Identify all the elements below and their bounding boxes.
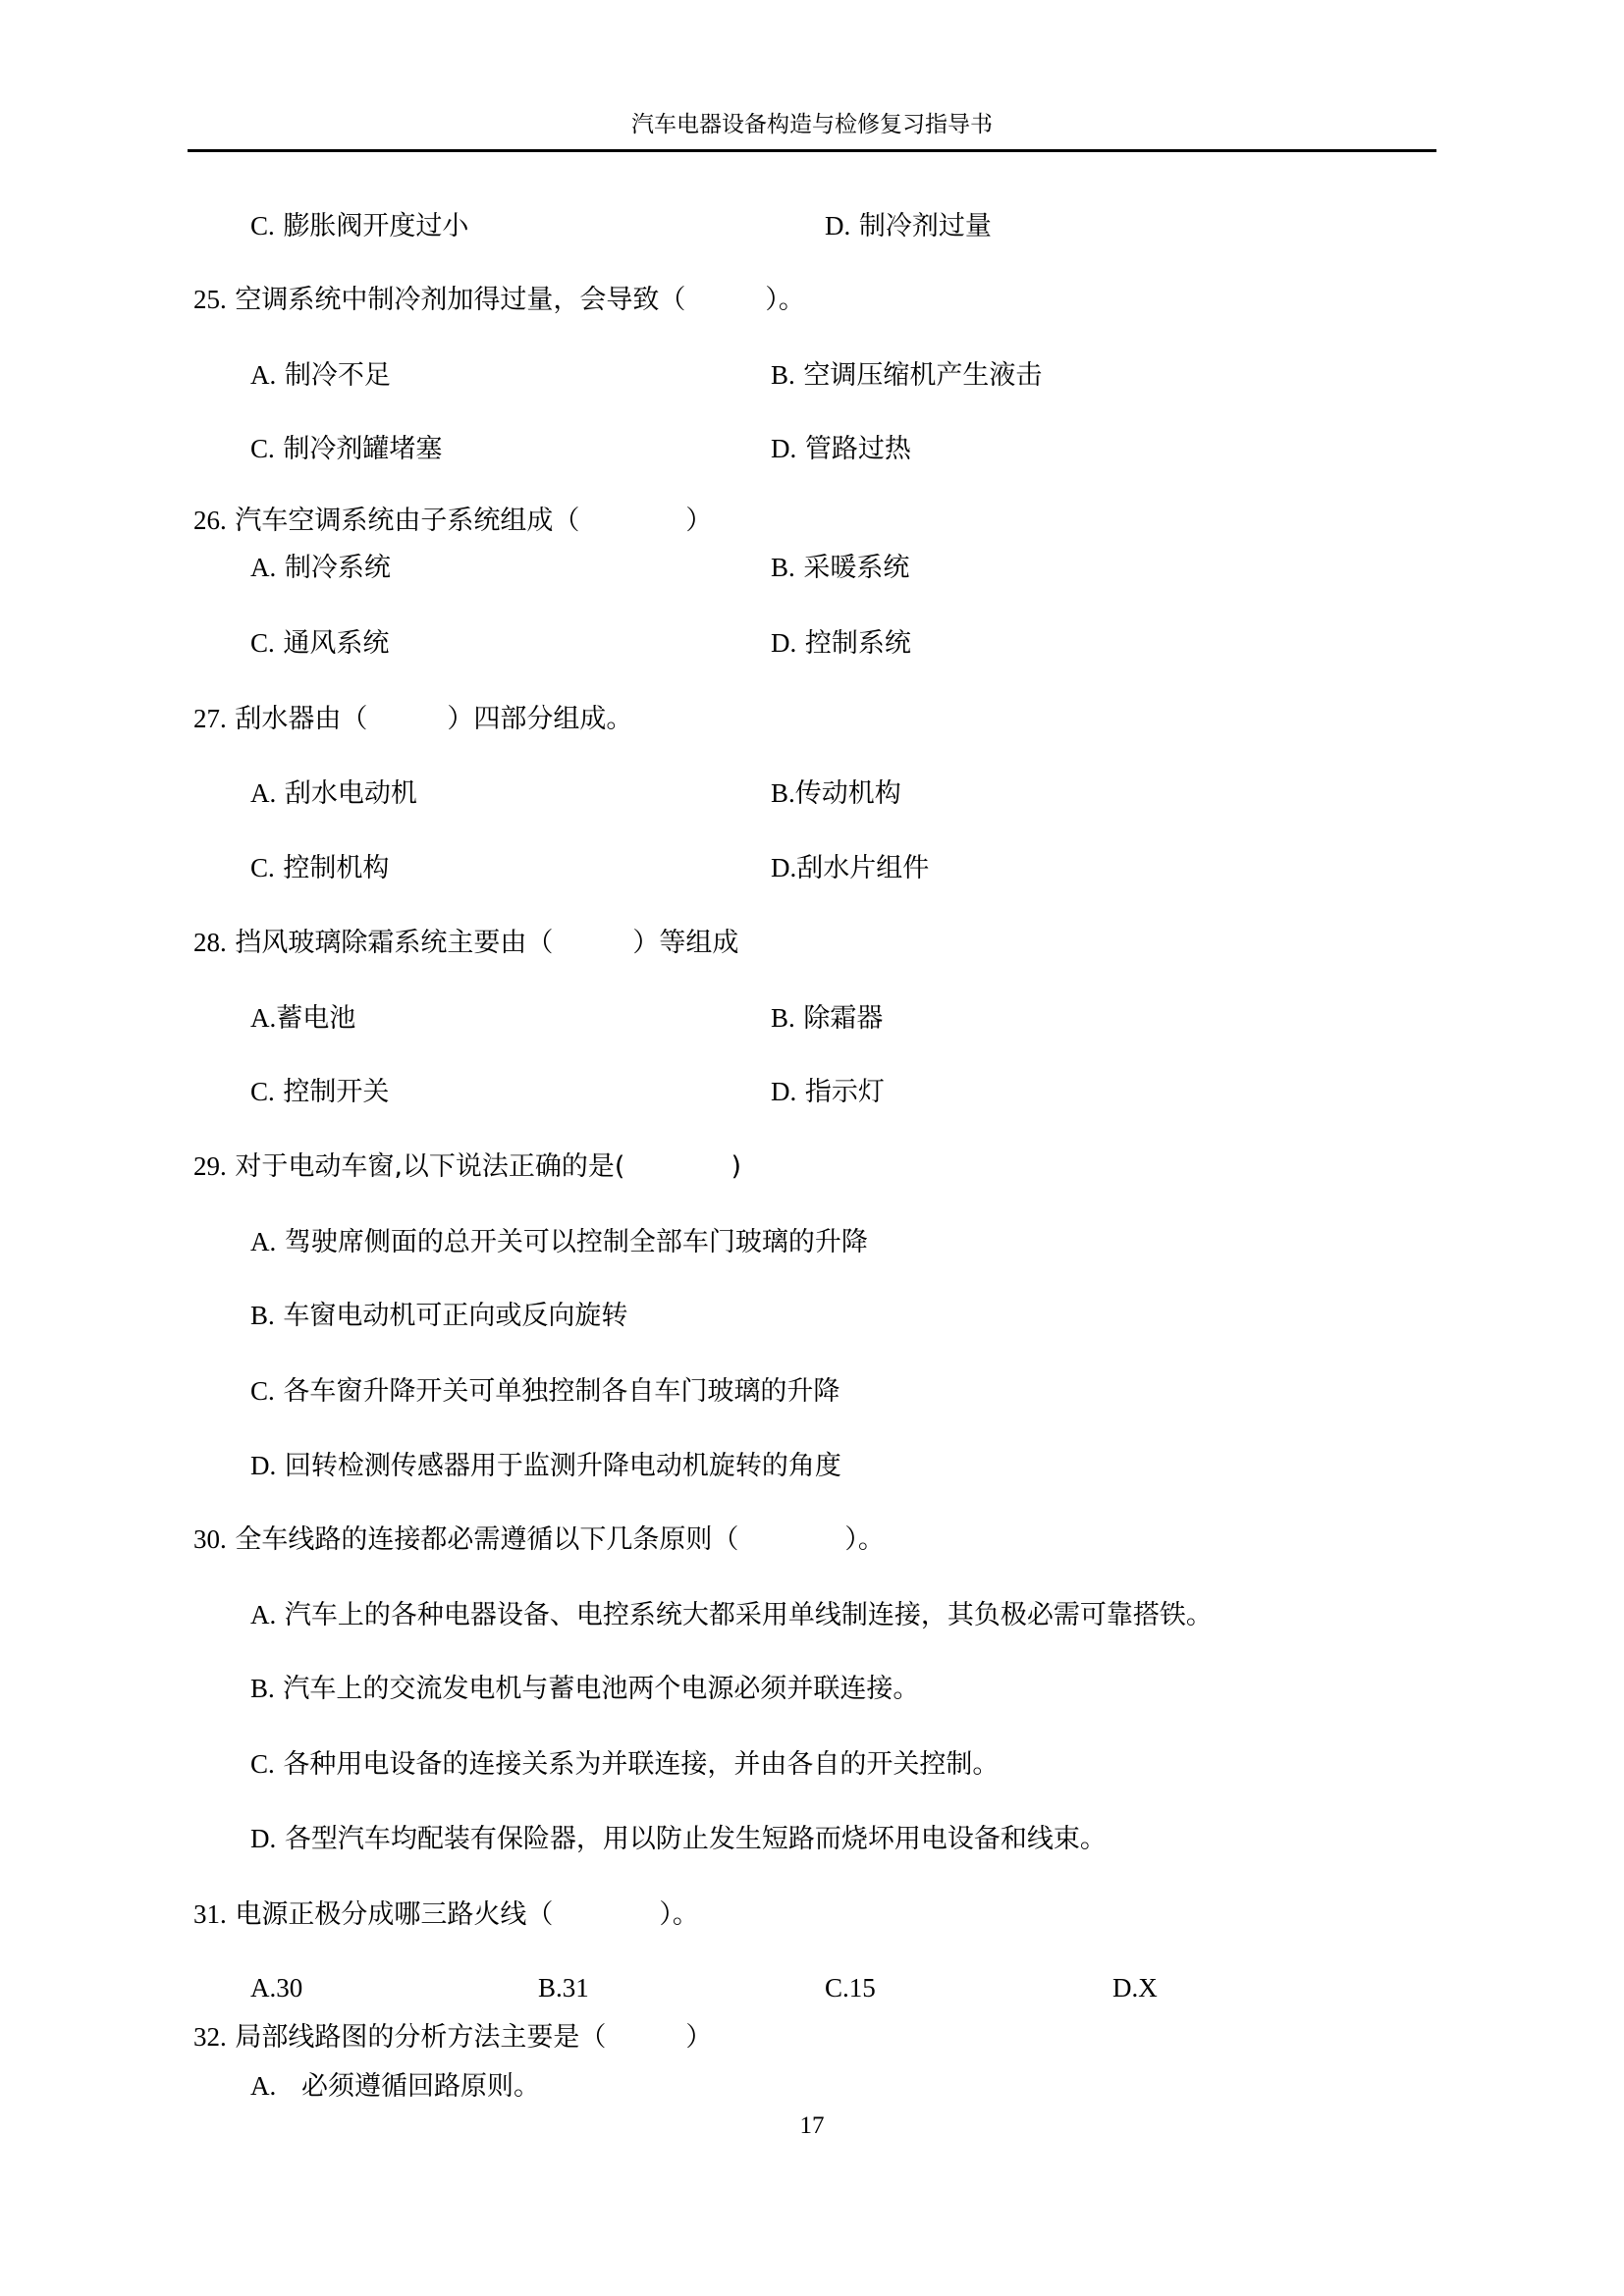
question-text: 局部线路图的分析方法主要是（ ） — [235, 2022, 712, 2053]
q30-option-c: C. 各种用电设备的连接关系为并联连接，并由各自的开关控制。 — [250, 1746, 999, 1783]
question-text: 全车线路的连接都必需遵循以下几条原则（ ）。 — [235, 1524, 885, 1555]
q27-option-d: D.刮水片组件 — [771, 850, 929, 886]
q28-option-b: B. 除霜器 — [771, 1000, 883, 1037]
q26-option-d: D. 控制系统 — [771, 625, 911, 662]
option-label: D. — [250, 1451, 276, 1480]
option-label: A. — [250, 1973, 276, 2002]
option-text: 蓄电池 — [276, 1003, 355, 1034]
option-text: 各车窗升降开关可单独控制各自车门玻璃的升降 — [283, 1376, 839, 1407]
q31-option-a: A.30 — [250, 1970, 302, 2006]
option-text: 15 — [849, 1973, 876, 2002]
option-label: A. — [250, 2071, 276, 2101]
option-label: D. — [771, 853, 796, 882]
option-label: B. — [250, 1301, 275, 1330]
option-label: C. — [250, 211, 275, 240]
option-text: 制冷系统 — [285, 553, 391, 583]
option-label: D. — [1112, 1973, 1138, 2002]
option-label: D. — [825, 211, 850, 240]
option-text: 回转检测传感器用于监测升降电动机旋转的角度 — [285, 1451, 841, 1481]
option-text: 空调压缩机产生液击 — [803, 360, 1042, 391]
q30-option-a: A. 汽车上的各种电器设备、电控系统大都采用单线制连接，其负极必需可靠搭铁。 — [250, 1597, 1213, 1633]
question-number: 32. — [193, 2022, 227, 2052]
question-28-stem: 28. 挡风玻璃除霜系统主要由（ ）等组成 — [193, 925, 738, 961]
option-label: C. — [250, 628, 275, 658]
question-number: 30. — [193, 1524, 227, 1554]
option-text: 采暖系统 — [803, 553, 909, 583]
option-label: B. — [771, 1003, 795, 1033]
q24-option-c: C. 膨胀阀开度过小 — [250, 208, 468, 244]
option-label: D. — [771, 628, 796, 658]
question-number: 31. — [193, 1899, 227, 1929]
question-31-stem: 31. 电源正极分成哪三路火线（ ）。 — [193, 1896, 699, 1933]
q31-option-c: C.15 — [825, 1970, 876, 2006]
q27-option-b: B.传动机构 — [771, 775, 901, 812]
question-25-stem: 25. 空调系统中制冷剂加得过量，会导致（ ）。 — [193, 282, 805, 318]
question-text: 挡风玻璃除霜系统主要由（ ）等组成 — [235, 928, 738, 958]
q26-option-b: B. 采暖系统 — [771, 550, 909, 586]
q26-option-a: A. 制冷系统 — [250, 550, 391, 586]
q29-option-a: A. 驾驶席侧面的总开关可以控制全部车门玻璃的升降 — [250, 1224, 868, 1260]
question-number: 27. — [193, 704, 227, 733]
option-label: A. — [250, 1600, 276, 1629]
q25-option-c: C. 制冷剂罐堵塞 — [250, 431, 442, 467]
option-text: 制冷剂过量 — [859, 211, 992, 241]
option-text: 31 — [563, 1973, 589, 2002]
q29-option-b: B. 车窗电动机可正向或反向旋转 — [250, 1298, 627, 1334]
option-text: 必须遵循回路原则。 — [301, 2071, 540, 2102]
q27-option-a: A. 刮水电动机 — [250, 775, 417, 812]
page-header-title: 汽车电器设备构造与检修复习指导书 — [188, 110, 1436, 139]
question-text: 汽车空调系统由子系统组成（ ） — [235, 506, 712, 536]
option-text: 膨胀阀开度过小 — [283, 211, 468, 241]
question-number: 29. — [193, 1151, 227, 1181]
q30-option-d: D. 各型汽车均配装有保险器，用以防止发生短路而烧坏用电设备和线束。 — [250, 1821, 1107, 1857]
option-label: D. — [250, 1824, 276, 1853]
q29-option-d: D. 回转检测传感器用于监测升降电动机旋转的角度 — [250, 1448, 841, 1484]
q28-option-c: C. 控制开关 — [250, 1074, 389, 1110]
question-text: 对于电动车窗,以下说法正确的是( ) — [235, 1151, 741, 1182]
option-text: 通风系统 — [283, 628, 389, 659]
option-label: A. — [250, 360, 276, 390]
question-text: 刮水器由（ ）四部分组成。 — [235, 704, 632, 734]
option-label: D. — [771, 434, 796, 463]
q25-option-d: D. 管路过热 — [771, 431, 911, 467]
option-label: C. — [825, 1973, 849, 2002]
option-label: C. — [250, 1749, 275, 1779]
option-label: A. — [250, 778, 276, 808]
option-text: 控制系统 — [805, 628, 911, 659]
option-text: 制冷不足 — [285, 360, 391, 391]
option-label: C. — [250, 1376, 275, 1406]
option-text: 刮水片组件 — [796, 853, 929, 883]
option-text: 各型汽车均配装有保险器，用以防止发生短路而烧坏用电设备和线束。 — [285, 1824, 1107, 1854]
option-text: 管路过热 — [805, 434, 911, 464]
q25-option-a: A. 制冷不足 — [250, 357, 391, 394]
option-text: 30 — [276, 1973, 302, 2002]
question-text: 空调系统中制冷剂加得过量，会导致（ ）。 — [235, 285, 805, 315]
q29-option-c: C. 各车窗升降开关可单独控制各自车门玻璃的升降 — [250, 1373, 839, 1410]
option-label: C. — [250, 853, 275, 882]
option-text: 刮水电动机 — [285, 778, 417, 809]
option-text: X — [1138, 1973, 1158, 2002]
question-number: 26. — [193, 506, 227, 535]
option-label: C. — [250, 434, 275, 463]
q24-option-d: D. 制冷剂过量 — [825, 208, 992, 244]
q25-option-b: B. 空调压缩机产生液击 — [771, 357, 1042, 394]
header-divider — [188, 149, 1436, 152]
option-text: 驾驶席侧面的总开关可以控制全部车门玻璃的升降 — [285, 1227, 868, 1257]
q31-option-b: B.31 — [538, 1970, 589, 2006]
question-26-stem: 26. 汽车空调系统由子系统组成（ ） — [193, 503, 712, 539]
option-label: D. — [771, 1077, 796, 1106]
q32-option-a: A. 必须遵循回路原则。 — [250, 2068, 540, 2105]
option-text: 指示灯 — [805, 1077, 885, 1107]
option-label: A. — [250, 553, 276, 582]
option-label: B. — [250, 1674, 275, 1703]
q27-option-c: C. 控制机构 — [250, 850, 389, 886]
option-text: 除霜器 — [803, 1003, 883, 1034]
option-text: 汽车上的交流发电机与蓄电池两个电源必须并联连接。 — [283, 1674, 919, 1704]
page-number: 17 — [0, 2110, 1624, 2142]
question-30-stem: 30. 全车线路的连接都必需遵循以下几条原则（ ）。 — [193, 1522, 885, 1558]
option-text: 制冷剂罐堵塞 — [283, 434, 442, 464]
option-text: 车窗电动机可正向或反向旋转 — [283, 1301, 627, 1331]
question-number: 28. — [193, 928, 227, 957]
question-29-stem: 29. 对于电动车窗,以下说法正确的是( ) — [193, 1148, 741, 1185]
option-label: C. — [250, 1077, 275, 1106]
q26-option-c: C. 通风系统 — [250, 625, 389, 662]
q28-option-a: A.蓄电池 — [250, 1000, 355, 1037]
option-label: B. — [771, 360, 795, 390]
q28-option-d: D. 指示灯 — [771, 1074, 885, 1110]
option-label: B. — [771, 778, 795, 808]
option-text: 各种用电设备的连接关系为并联连接，并由各自的开关控制。 — [283, 1749, 999, 1780]
option-text: 控制机构 — [283, 853, 389, 883]
question-27-stem: 27. 刮水器由（ ）四部分组成。 — [193, 701, 632, 737]
q31-option-d: D.X — [1112, 1970, 1158, 2006]
q30-option-b: B. 汽车上的交流发电机与蓄电池两个电源必须并联连接。 — [250, 1671, 919, 1707]
question-32-stem: 32. 局部线路图的分析方法主要是（ ） — [193, 2019, 712, 2056]
option-label: B. — [538, 1973, 563, 2002]
question-number: 25. — [193, 285, 227, 314]
option-text: 控制开关 — [283, 1077, 389, 1107]
option-text: 汽车上的各种电器设备、电控系统大都采用单线制连接，其负极必需可靠搭铁。 — [285, 1600, 1213, 1630]
option-label: B. — [771, 553, 795, 582]
option-label: A. — [250, 1227, 276, 1256]
option-label: A. — [250, 1003, 276, 1033]
option-text: 传动机构 — [795, 778, 901, 809]
question-text: 电源正极分成哪三路火线（ ）。 — [235, 1899, 699, 1930]
